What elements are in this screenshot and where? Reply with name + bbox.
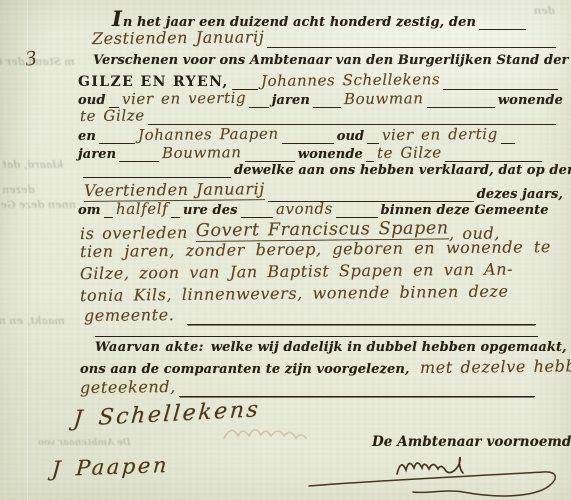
handwritten-daypart: avonds [275,201,332,217]
closing-stroke [187,320,536,325]
filler-stroke [241,213,273,218]
filler-stroke [282,139,334,144]
printed-wonende: wonende [498,94,563,108]
printed-jaren: jaren [78,148,116,162]
bleedthrough-fragment: De Ambtenaar voo [38,438,131,448]
form-line-appeared: Verschenen voor ons Ambtenaar van den Bu… [93,54,571,68]
printed-wonende: wonende [298,148,363,162]
handwritten-deceased-details-2: Gilze, zoon van Jan Baptist Spapen en va… [80,261,513,282]
handwritten-is-overleden: is overleden [80,224,188,242]
printed-ure-des: ure des [183,204,237,218]
signature-flourish-stroke [309,472,555,496]
death-certificate-page: den m Stand der G klaard, dat o dezen nn… [0,0,571,500]
bleedthrough-fragment: maakt, en na [0,316,65,327]
filler-stroke [179,392,535,397]
filler-stroke [104,213,113,218]
form-line-date: Zestienden Januarij [92,31,559,48]
handwritten-hour: halfelf [115,201,168,217]
filler-stroke [336,213,378,218]
form-line-waarvan-akte: Waarvan akte: welke wij dadelijk in dubb… [95,341,571,355]
form-line-voorgelezen: ons aan de comparanten te zijn voorgelez… [80,360,571,377]
printed-en: en [78,130,96,144]
form-line-geteekend: geteekend, [80,380,538,397]
filler-stroke [249,103,269,108]
form-line-year: In het jaar een duizend acht honderd zes… [112,8,529,30]
filler-stroke [427,103,495,108]
filler-stroke [313,103,341,108]
handwritten-declarant2-occupation: Bouwman [162,145,242,162]
handwritten-declarant1-age: vier en veertig [121,91,245,108]
printed-closing-1: welke wij dadelijk in dubbel hebben opge… [211,341,571,355]
handwritten-death-date: Veertienden Januarij [84,181,265,202]
form-line-death-time: om halfelf ure des avonds binnen deze Ge… [78,202,563,218]
printed-oud: oud [337,130,365,144]
filler-stroke [366,157,374,162]
bleedthrough-fragment: klaard, dat o [0,160,63,171]
handwritten-date: Zestienden Januarij [92,29,265,48]
handwritten-declarant1-residence: te Gilze [80,108,145,124]
handwritten-declarant1-name: Johannes Schellekens [261,72,440,90]
filler-stroke [445,157,542,162]
printed-appeared-text: Verschenen voor ons Ambtenaar van den Bu… [93,54,571,68]
printed-year-text: In het jaar een duizend acht honderd zes… [112,8,476,30]
printed-dezes-jaars: dezes jaars, [477,188,563,202]
form-line-deceased-mother: tonia Kils, linnenwevers, wonende binnen… [80,288,509,305]
printed-om: om [78,204,101,218]
form-line-declarant2-details: jaren Bouwman wonende te Gilze [78,146,545,162]
bleedthrough-fragment: nnen deze Gem [0,200,76,211]
signature-declarant2: J Paapen [51,453,170,481]
form-line-deceased-parents: Gilze, zoon van Jan Baptist Spapen en va… [80,266,513,283]
signature-initials-stroke [397,457,463,474]
official-signature [305,448,565,500]
form-line-gemeente-close: gemeente. [84,308,539,325]
handwritten-declarant2-age: vier en dertig [382,127,498,144]
form-line-declaration: dewelke aan ons hebben verklaard, dat op… [80,164,571,178]
handwritten-declarant1-occupation: Bouwman [344,91,424,108]
bleedthrough-fragment: den [534,6,555,17]
filler-stroke [479,25,526,30]
form-line-declarant1-details: oud vier en veertig jaren Bouwman wonend… [78,92,563,108]
handwritten-declarant2-residence: te Gilze [377,145,442,161]
form-line-municipality: GILZE EN RYEN, Johannes Schellekens [78,74,561,90]
handwritten-geteekend: geteekend, [80,379,176,397]
handwritten-declarant2-name: Johannes Paapen [138,127,279,144]
form-line-declarant1-residence: te Gilze [80,109,559,125]
printed-declaration-text: dewelke aan ons hebben verklaard, dat op… [234,164,571,178]
handwritten-met-dezelve: met dezelve hebben [419,358,571,377]
printed-oud: oud [78,94,106,108]
section-divider-rule [95,336,538,337]
form-line-deceased-age: tien jaren, zonder beroep, geboren en wo… [80,244,551,261]
handwritten-deceased-details-3: tonia Kils, linnenwevers, wonende binnen… [80,284,509,305]
filler-stroke [501,139,515,144]
filler-stroke [245,157,295,162]
bleedthrough-fragment: dezen [2,185,35,196]
printed-waarvan-akte: Waarvan akte: [95,341,204,355]
handwritten-gemeente: gemeente. [84,307,175,325]
filler-stroke [267,43,556,48]
paper-fold-line [26,0,29,500]
handwritten-deceased-details-1: tien jaren, zonder beroep, geboren en wo… [80,239,551,261]
municipality-name: GILZE EN RYEN, [78,75,229,90]
printed-jaren: jaren [272,94,310,108]
filler-stroke [171,213,180,218]
form-line-declarant2: en Johannes Paapen oud vier en dertig [78,128,557,144]
filler-stroke [119,157,159,162]
printed-closing-2: ons aan de comparanten te zijn voorgelez… [80,363,410,377]
filler-stroke [99,139,135,144]
printed-binnen-gemeente: binnen deze Gemeente [381,204,549,218]
filler-stroke [443,85,558,90]
filler-stroke [83,173,231,178]
